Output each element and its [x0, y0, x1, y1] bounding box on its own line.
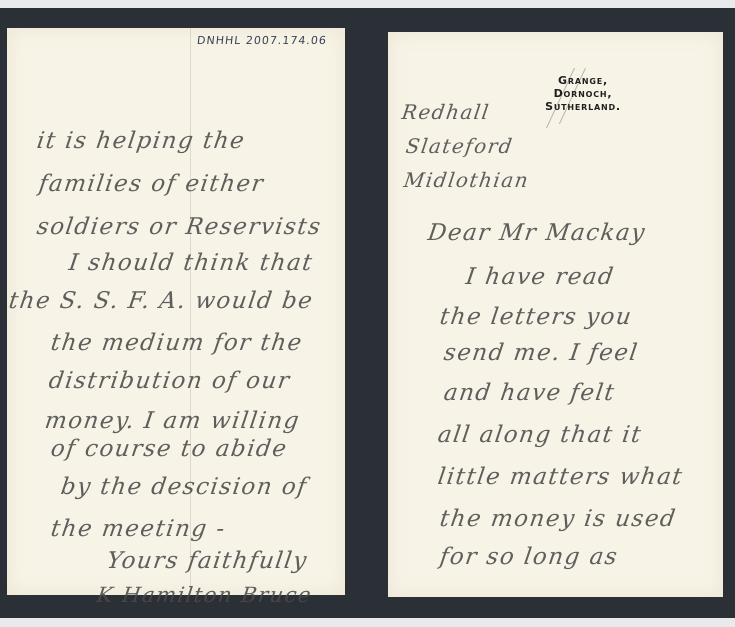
- letter-line: little matters what: [436, 464, 685, 490]
- letter-line: the letters you: [438, 304, 634, 330]
- left-page: DNHHL 2007.174.06 it is helping the fami…: [7, 28, 345, 595]
- letter-line: the S. S. F. A. would be: [7, 288, 315, 314]
- signature: K Hamilton Bruce: [95, 583, 313, 607]
- letter-line: distribution of our: [47, 368, 292, 394]
- letterhead-line-1: Grange,: [528, 74, 638, 87]
- letter-line: I should think that: [67, 250, 315, 276]
- address-line: Midlothian: [402, 168, 531, 192]
- letterhead-line-3: Sutherland.: [528, 100, 638, 113]
- catalog-number: DNHHL 2007.174.06: [196, 34, 327, 47]
- right-page: Grange, Dornoch, Sutherland. Redhall Sla…: [388, 32, 723, 597]
- letterhead-line-2: Dornoch,: [528, 87, 638, 100]
- address-line: Slateford: [404, 134, 515, 158]
- greeting: Dear Mr Mackay: [426, 220, 647, 246]
- letter-line: soldiers or Reservists: [35, 214, 323, 240]
- letter-line: by the descision of: [59, 474, 309, 500]
- letter-line: it is helping the: [35, 128, 247, 154]
- letter-line: families of either: [37, 171, 266, 197]
- letter-line: for so long as: [438, 544, 620, 570]
- letter-line: of course to abide: [49, 436, 289, 462]
- letter-line: the meeting -: [49, 516, 227, 542]
- letter-line: send me. I feel: [442, 340, 640, 366]
- letter-line: I have read: [464, 264, 616, 290]
- closing-salutation: Yours faithfully: [105, 548, 309, 574]
- letter-line: the money is used: [438, 506, 678, 532]
- letter-line: money. I am willing: [43, 408, 302, 434]
- letterhead: Grange, Dornoch, Sutherland.: [528, 74, 638, 113]
- address-line: Redhall: [400, 100, 491, 124]
- letter-line: the medium for the: [49, 330, 304, 356]
- letter-line: all along that it: [436, 422, 644, 448]
- letter-line: and have felt: [442, 380, 617, 406]
